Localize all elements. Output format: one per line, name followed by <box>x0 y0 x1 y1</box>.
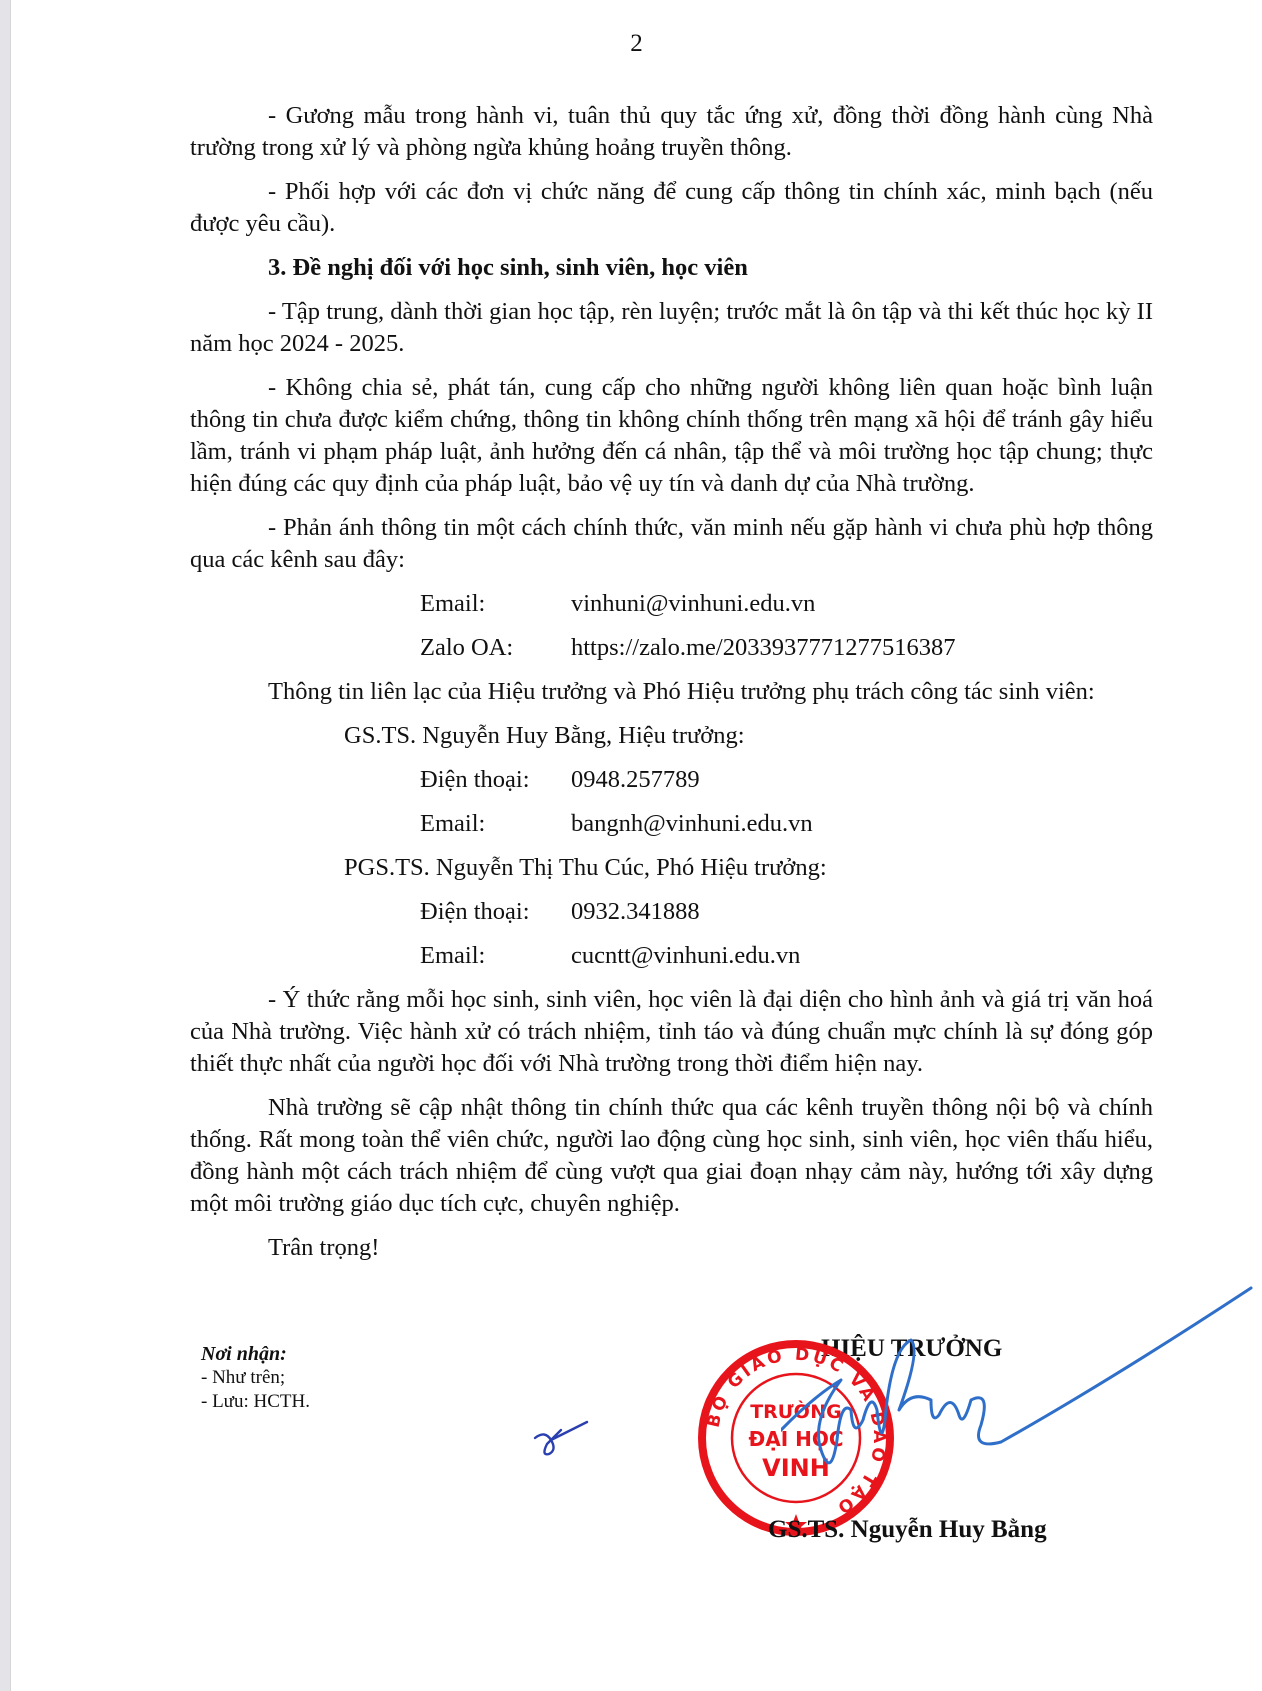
recipient-item: - Như trên; <box>201 1366 310 1390</box>
contact-phone[interactable]: 0948.257789 <box>571 764 700 796</box>
contact-phone-row: Điện thoại: 0948.257789 <box>190 764 1153 796</box>
contact-phone-row: Điện thoại: 0932.341888 <box>190 896 1153 928</box>
channel-email-row: Email: vinhuni@vinhuni.edu.vn <box>190 588 1153 620</box>
contact-email-row: Email: bangnh@vinhuni.edu.vn <box>190 808 1153 840</box>
signature-icon <box>781 1210 1261 1510</box>
viewer-gutter <box>0 0 11 1691</box>
channel-zalo-link[interactable]: https://zalo.me/2033937771277516387 <box>571 632 956 664</box>
contacts-intro: Thông tin liên lạc của Hiệu trưởng và Ph… <box>190 676 1153 708</box>
contact-name: PGS.TS. Nguyễn Thị Thu Cúc, Phó Hiệu trư… <box>190 852 1153 884</box>
recipients: Nơi nhận: - Như trên; - Lưu: HCTH. <box>201 1342 310 1414</box>
email-label: Email: <box>420 940 571 972</box>
phone-label: Điện thoại: <box>420 896 571 928</box>
document-body: - Gương mẫu trong hành vi, tuân thủ quy … <box>190 100 1153 1276</box>
paragraph: - Gương mẫu trong hành vi, tuân thủ quy … <box>190 100 1153 164</box>
signer-name: GS.TS. Nguyễn Huy Bằng <box>768 1516 1047 1544</box>
recipients-title: Nơi nhận: <box>201 1342 310 1366</box>
initials-mark-icon <box>531 1420 591 1460</box>
page-number: 2 <box>11 30 1262 58</box>
phone-label: Điện thoại: <box>420 764 571 796</box>
paragraph: - Không chia sẻ, phát tán, cung cấp cho … <box>190 372 1153 500</box>
recipient-item: - Lưu: HCTH. <box>201 1390 310 1414</box>
channel-zalo-row: Zalo OA: https://zalo.me/203393777127751… <box>190 632 1153 664</box>
document-page: 2 - Gương mẫu trong hành vi, tuân thủ qu… <box>11 0 1262 1691</box>
contact-email-link[interactable]: cucntt@vinhuni.edu.vn <box>571 940 800 972</box>
paragraph: - Phản ánh thông tin một cách chính thức… <box>190 512 1153 576</box>
contact-phone[interactable]: 0932.341888 <box>571 896 700 928</box>
contact-name: GS.TS. Nguyễn Huy Bằng, Hiệu trưởng: <box>190 720 1153 752</box>
channel-email-link[interactable]: vinhuni@vinhuni.edu.vn <box>571 588 815 620</box>
signature-block: Nơi nhận: - Như trên; - Lưu: HCTH. HIỆU … <box>11 1320 1262 1620</box>
channel-label: Zalo OA: <box>420 632 571 664</box>
paragraph: - Ý thức rằng mỗi học sinh, sinh viên, h… <box>190 984 1153 1080</box>
paragraph: - Tập trung, dành thời gian học tập, rèn… <box>190 296 1153 360</box>
paragraph: - Phối hợp với các đơn vị chức năng để c… <box>190 176 1153 240</box>
channel-label: Email: <box>420 588 571 620</box>
contact-email-row: Email: cucntt@vinhuni.edu.vn <box>190 940 1153 972</box>
paragraph: Nhà trường sẽ cập nhật thông tin chính t… <box>190 1092 1153 1220</box>
email-label: Email: <box>420 808 571 840</box>
contact-email-link[interactable]: bangnh@vinhuni.edu.vn <box>571 808 813 840</box>
section-heading: 3. Đề nghị đối với học sinh, sinh viên, … <box>190 252 1153 284</box>
